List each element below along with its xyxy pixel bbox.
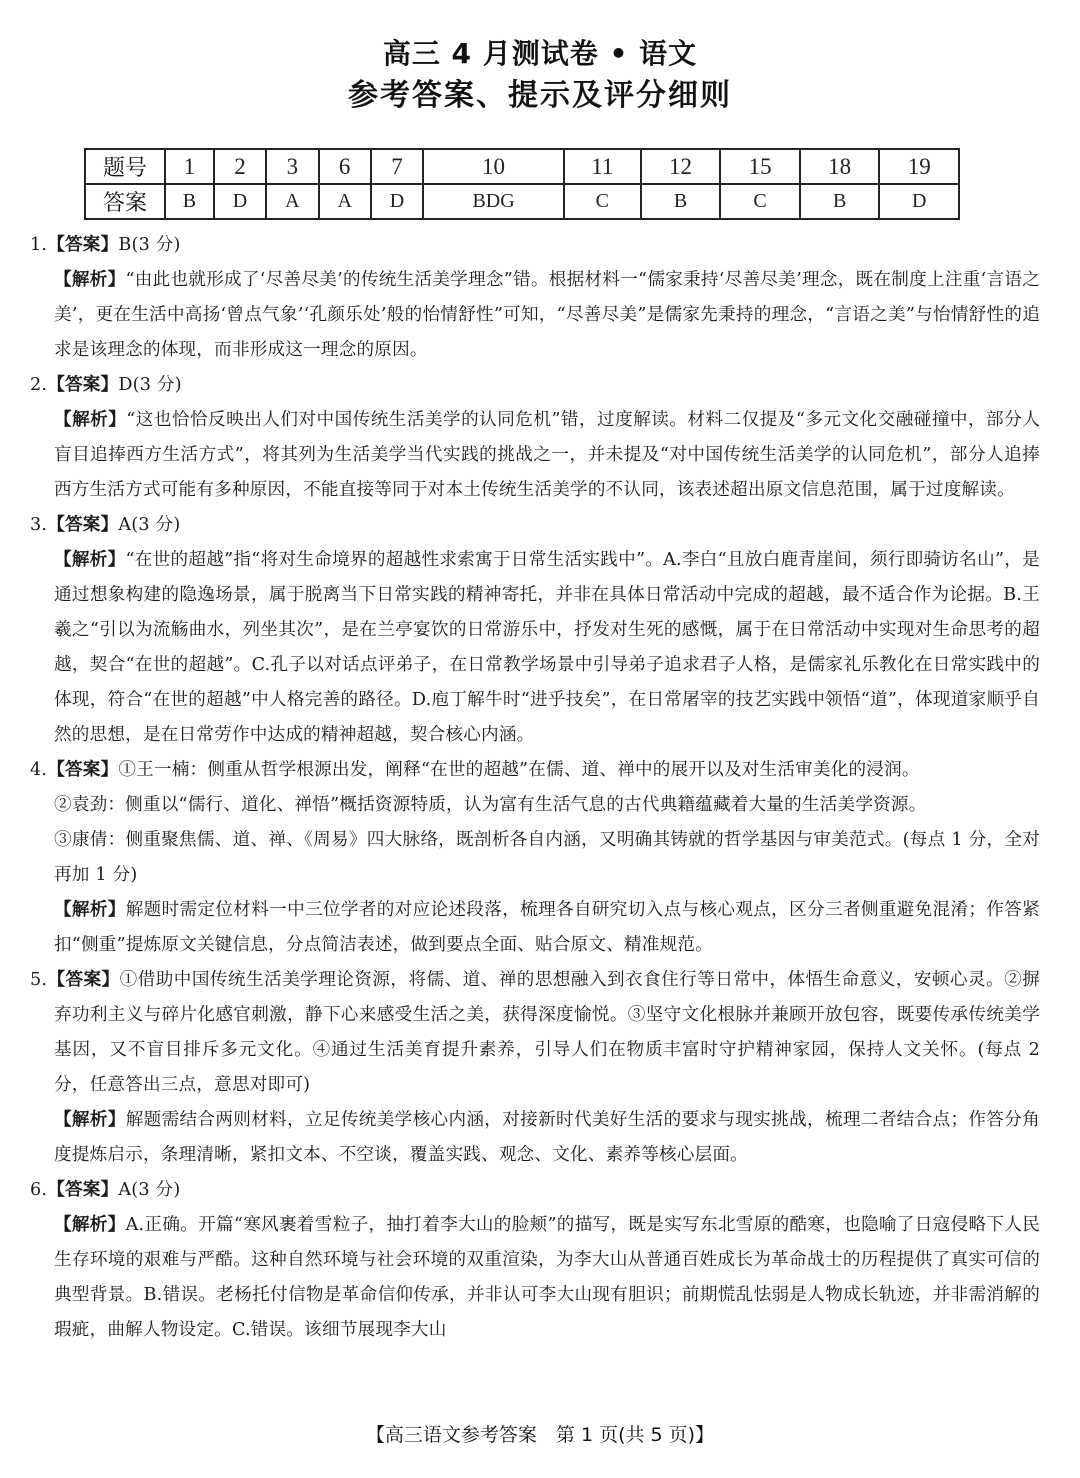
answer-cell: A: [319, 184, 371, 219]
answer-key-table: 题号 1 2 3 6 7 10 11 12 15 18 19 答案 B D A …: [84, 148, 960, 220]
question-4-answer-point-2: ②袁劲：侧重以“儒行、道化、禅悟”概括资源特质，认为富有生活气息的古代典籍蕴藏着…: [30, 788, 1040, 823]
question-cell: 15: [720, 149, 800, 184]
question-2-analysis: 【解析】“这也恰恰反映出人们对中国传统生活美学的认同危机”错，过度解读。材料二仅…: [30, 403, 1040, 508]
answer-cell: D: [371, 184, 423, 219]
answer-label: 【答案】: [47, 760, 118, 780]
question-5-answer: 5.【答案】①借助中国传统生活美学理论资源，将儒、道、禅的思想融入到衣食住行等日…: [30, 963, 1040, 1103]
question-cell: 19: [879, 149, 959, 184]
question-cell: 12: [641, 149, 721, 184]
question-number: 2.: [30, 375, 47, 395]
answer-cell: B: [165, 184, 214, 219]
question-5-analysis: 【解析】解题需结合两则材料，立足传统美学核心内涵，对接新时代美好生活的要求与现实…: [30, 1103, 1040, 1173]
answer-point-text: ②袁劲：侧重以“儒行、道化、禅悟”概括资源特质，认为富有生活气息的古代典籍蕴藏着…: [54, 795, 927, 815]
question-6-analysis: 【解析】A.正确。开篇“寒风裹着雪粒子，抽打着李大山的脸颊”的描写，既是实写东北…: [30, 1208, 1040, 1348]
answer-cell: B: [641, 184, 721, 219]
answer-cell: D: [214, 184, 266, 219]
answer-explanations: 1.【答案】B(3 分) 【解析】“由此也就形成了‘尽善尽美’的传统生活美学理念…: [30, 228, 1040, 1348]
question-3-answer: 3.【答案】A(3 分): [30, 508, 1040, 543]
question-2-answer: 2.【答案】D(3 分): [30, 368, 1040, 403]
answer-label: 【答案】: [47, 235, 118, 255]
analysis-label: 【解析】: [54, 1110, 126, 1130]
document-subtitle: 参考答案、提示及评分细则: [0, 70, 1080, 114]
question-number: 3.: [30, 515, 47, 535]
question-cell: 1: [165, 149, 214, 184]
question-1-answer: 1.【答案】B(3 分): [30, 228, 1040, 263]
answer-cell: B: [800, 184, 880, 219]
question-3-analysis: 【解析】“在世的超越”指“将对生命境界的超越性求索寓于日常生活实践中”。A.李白…: [30, 543, 1040, 753]
question-cell: 10: [423, 149, 564, 184]
answer-cell: C: [720, 184, 800, 219]
answer-point-text: ③康倩：侧重聚焦儒、道、禅、《周易》四大脉络，既剖析各自内涵，又明确其铸就的哲学…: [54, 830, 1040, 885]
row-label-question: 题号: [85, 149, 165, 184]
answer-cell: A: [266, 184, 318, 219]
question-number: 6.: [30, 1180, 47, 1200]
answer-cell: D: [879, 184, 959, 219]
answer-text: ①王一楠：侧重从哲学根源出发，阐释“在世的超越”在儒、道、禅中的展开以及对生活审…: [118, 760, 919, 780]
answer-label: 【答案】: [47, 375, 118, 395]
answer-cell: BDG: [423, 184, 564, 219]
analysis-text: 解题需结合两则材料，立足传统美学核心内涵，对接新时代美好生活的要求与现实挑战，梳…: [54, 1110, 1040, 1165]
answer-text: B(3 分): [118, 235, 180, 255]
question-4-answer-point-3: ③康倩：侧重聚焦儒、道、禅、《周易》四大脉络，既剖析各自内涵，又明确其铸就的哲学…: [30, 823, 1040, 893]
question-cell: 7: [371, 149, 423, 184]
analysis-label: 【解析】: [54, 1215, 126, 1235]
row-label-answer: 答案: [85, 184, 165, 219]
analysis-label: 【解析】: [54, 410, 126, 430]
question-cell: 2: [214, 149, 266, 184]
question-number: 4.: [30, 760, 47, 780]
question-cell: 3: [266, 149, 318, 184]
question-4-answer: 4.【答案】①王一楠：侧重从哲学根源出发，阐释“在世的超越”在儒、道、禅中的展开…: [30, 753, 1040, 788]
page-footer: 【高三语文参考答案 第 1 页(共 5 页)】: [0, 1420, 1080, 1447]
question-number: 1.: [30, 235, 47, 255]
answer-label: 【答案】: [47, 970, 119, 990]
question-cell: 11: [564, 149, 641, 184]
analysis-text: “这也恰恰反映出人们对中国传统生活美学的认同危机”错，过度解读。材料二仅提及“多…: [54, 410, 1040, 500]
answer-label: 【答案】: [47, 515, 118, 535]
analysis-text: 解题时需定位材料一中三位学者的对应论述段落，梳理各自研究切入点与核心观点，区分三…: [54, 900, 1040, 955]
answer-row: 答案 B D A A D BDG C B C B D: [85, 184, 959, 219]
analysis-label: 【解析】: [54, 550, 126, 570]
analysis-text: “在世的超越”指“将对生命境界的超越性求索寓于日常生活实践中”。A.李白“且放白…: [54, 550, 1040, 745]
answer-cell: C: [564, 184, 641, 219]
question-cell: 6: [319, 149, 371, 184]
answer-text: A(3 分): [118, 1180, 180, 1200]
analysis-label: 【解析】: [54, 900, 126, 920]
document-title: 高三 4 月测试卷 • 语文: [0, 32, 1080, 72]
answer-text: A(3 分): [118, 515, 180, 535]
question-4-analysis: 【解析】解题时需定位材料一中三位学者的对应论述段落，梳理各自研究切入点与核心观点…: [30, 893, 1040, 963]
analysis-label: 【解析】: [54, 270, 125, 290]
answer-label: 【答案】: [47, 1180, 118, 1200]
question-number: 5.: [30, 970, 47, 990]
question-6-answer: 6.【答案】A(3 分): [30, 1173, 1040, 1208]
analysis-text: “由此也就形成了‘尽善尽美’的传统生活美学理念”错。根据材料一“儒家秉持‘尽善尽…: [54, 270, 1040, 360]
question-cell: 18: [800, 149, 880, 184]
question-1-analysis: 【解析】“由此也就形成了‘尽善尽美’的传统生活美学理念”错。根据材料一“儒家秉持…: [30, 263, 1040, 368]
question-number-row: 题号 1 2 3 6 7 10 11 12 15 18 19: [85, 149, 959, 184]
analysis-text: A.正确。开篇“寒风裹着雪粒子，抽打着李大山的脸颊”的描写，既是实写东北雪原的酷…: [54, 1215, 1040, 1340]
answer-text: D(3 分): [118, 375, 181, 395]
answer-text: ①借助中国传统生活美学理论资源，将儒、道、禅的思想融入到衣食住行等日常中，体悟生…: [54, 970, 1040, 1095]
